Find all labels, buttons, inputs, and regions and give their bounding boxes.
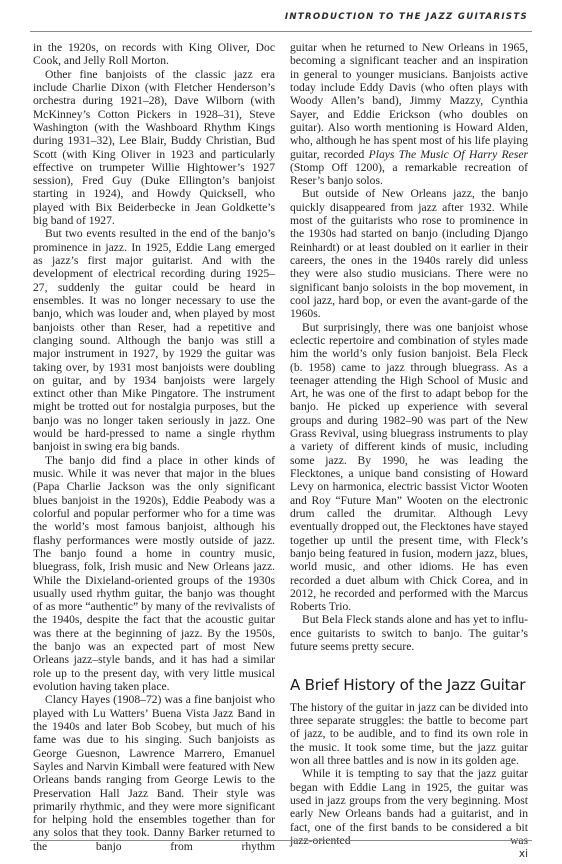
paragraph: Other fine banjoists of the classic jazz… [33,68,275,228]
footer-rule [30,840,532,841]
paragraph: But surprisingly, there was one banjoist… [290,321,528,614]
paragraph: Clancy Hayes (1908–72) was a fine banjoi… [33,693,275,853]
album-title: Plays The Music Of Harry Reser [369,148,528,161]
paragraph: guitar when he returned to New Orleans i… [290,41,528,187]
header-rule [30,31,532,32]
paragraph: The banjo did find a place in other kind… [33,454,275,694]
left-column: in the 1920s, on records with King Olive… [33,41,275,853]
paragraph: The history of the guitar in jazz can be… [290,701,528,768]
paragraph: While it is tempting to say that the jaz… [290,767,528,847]
paragraph: in the 1920s, on records with King Olive… [33,41,275,68]
paragraph: But outside of New Orleans jazz, the ban… [290,187,528,320]
paragraph-text: (Stomp Off 1200), a remarkable recreatio… [290,161,528,187]
right-column: guitar when he returned to New Orleans i… [290,41,528,847]
section-heading: A Brief History of the Jazz Guitar [290,679,528,692]
running-head: INTRODUCTION TO THE JAZZ GUITARISTS [285,12,528,22]
paragraph: But two events resulted in the end of th… [33,227,275,453]
page-number: xi [519,848,528,860]
paragraph-text: guitar when he returned to New Orleans i… [290,41,528,161]
paragraph: But Bela Fleck stands alone and has yet … [290,613,528,653]
